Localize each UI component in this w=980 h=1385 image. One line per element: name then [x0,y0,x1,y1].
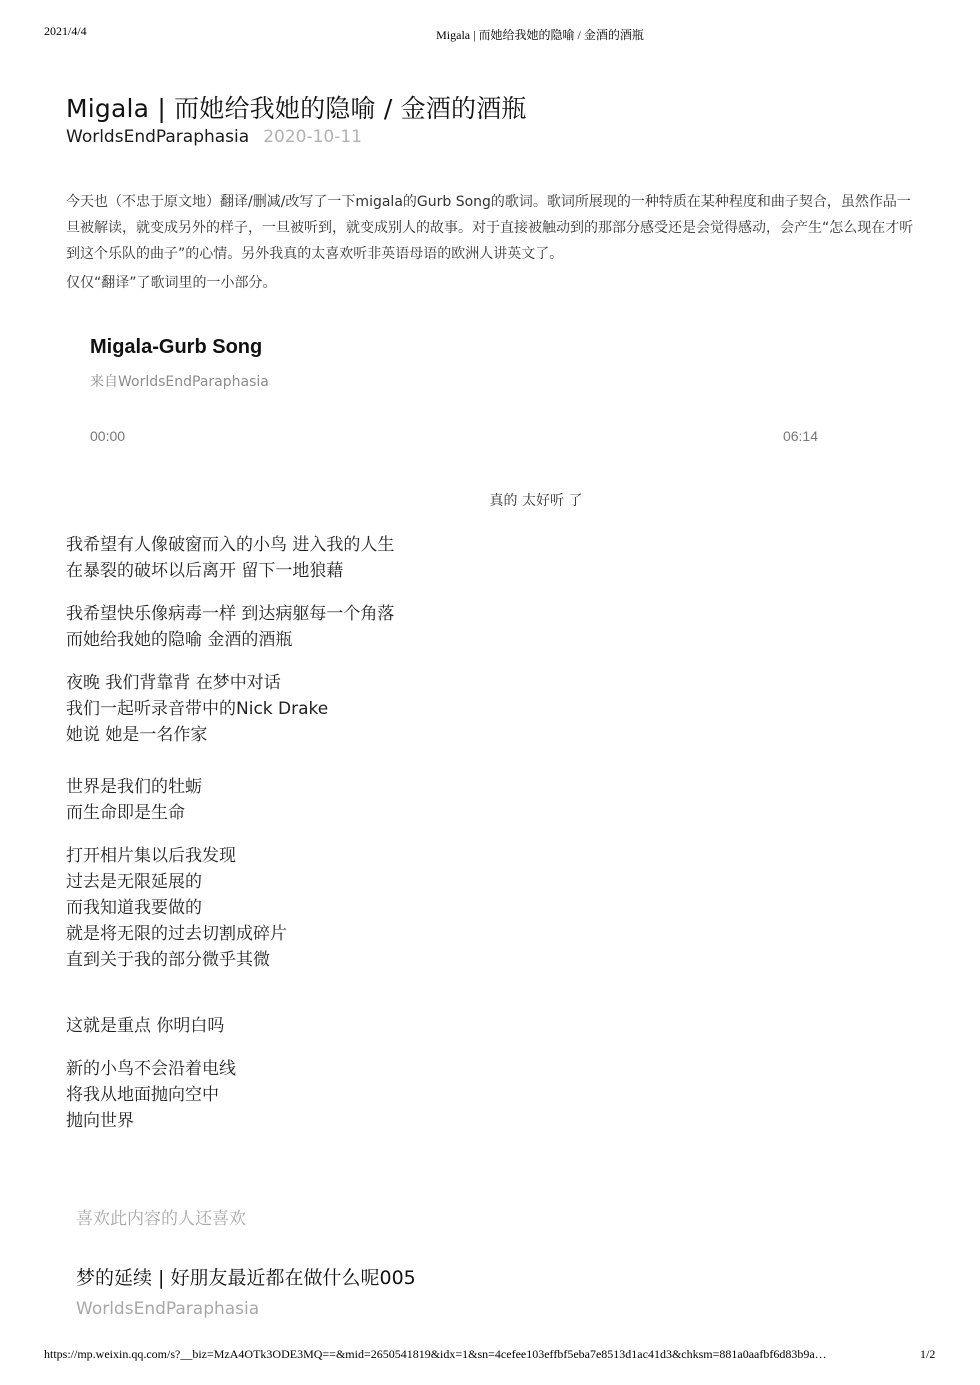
publish-date: 2020-10-11 [263,127,362,147]
lyric-line: 我希望快乐像病毒一样 到达病躯每一个角落 [66,601,394,627]
lyric-line: 在暴裂的破坏以后离开 留下一地狼藉 [66,558,394,584]
related-article-title[interactable]: 梦的延续 | 好朋友最近都在做什么呢005 [76,1263,416,1290]
lyric-line: 而她给我她的隐喻 金酒的酒瓶 [66,627,394,653]
lyric-line: 她说 她是一名作家 [66,722,328,748]
audio-current-time: 00:00 [90,428,125,444]
article-title: Migala | 而她给我她的隐喻 / 金酒的酒瓶 [66,89,527,125]
print-header: 2021/4/4 Migala | 而她给我她的隐喻 / 金酒的酒瓶 [0,24,980,44]
lyric-line: 抛向世界 [66,1108,236,1134]
lyric-line: 我希望有人像破窗而入的小鸟 进入我的人生 [66,532,394,558]
related-header: 喜欢此内容的人还喜欢 [76,1204,246,1229]
lyric-line: 过去是无限延展的 [66,869,287,895]
audio-total-time: 06:14 [783,428,818,444]
print-doc-title: Migala | 而她给我她的隐喻 / 金酒的酒瓶 [0,26,980,43]
lyric-line: 而我知道我要做的 [66,895,287,921]
lyrics-stanza: 这就是重点 你明白吗 [66,1013,224,1039]
lyrics-stanza: 我希望快乐像病毒一样 到达病躯每一个角落 而她给我她的隐喻 金酒的酒瓶 [66,601,394,653]
print-footer: https://mp.weixin.qq.com/s?__biz=MzA4OTk… [0,1347,980,1367]
audio-source: 来自WorldsEndParaphasia [90,371,269,391]
page-number: 1/2 [920,1347,935,1362]
lyric-line: 而生命即是生命 [66,800,202,826]
lyric-line: 夜晚 我们背靠背 在梦中对话 [66,670,328,696]
lyric-line: 新的小鸟不会沿着电线 [66,1056,236,1082]
lyrics-stanza: 我希望有人像破窗而入的小鸟 进入我的人生 在暴裂的破坏以后离开 留下一地狼藉 [66,532,394,584]
lyrics-stanza: 新的小鸟不会沿着电线 将我从地面抛向空中 抛向世界 [66,1056,236,1134]
lyric-line: 世界是我们的牡蛎 [66,774,202,800]
lyric-line: 打开相片集以后我发现 [66,843,287,869]
audio-progress-bar[interactable]: 00:00 06:14 [90,424,818,446]
lyric-line: 我们一起听录音带中的Nick Drake [66,696,328,722]
author-link[interactable]: WorldsEndParaphasia [66,127,249,147]
lyric-line: 就是将无限的过去切割成碎片 [66,921,287,947]
audio-caption: 真的 太好听 了 [66,490,980,510]
audio-title: Migala-Gurb Song [90,336,262,359]
print-url: https://mp.weixin.qq.com/s?__biz=MzA4OTk… [44,1347,910,1362]
lyrics-stanza: 打开相片集以后我发现 过去是无限延展的 而我知道我要做的 就是将无限的过去切割成… [66,843,287,973]
related-article-author: WorldsEndParaphasia [76,1299,259,1319]
intro-paragraph: 今天也（不忠于原文地）翻译/删减/改写了一下migala的Gurb Song的歌… [66,189,918,267]
lyric-line: 直到关于我的部分微乎其微 [66,947,287,973]
article-meta: WorldsEndParaphasia2020-10-11 [66,127,362,147]
audio-player[interactable]: Migala-Gurb Song 来自WorldsEndParaphasia 0… [90,330,818,470]
lyric-line: 这就是重点 你明白吗 [66,1013,224,1039]
intro-note: 仅仅“翻译”了歌词里的一小部分。 [66,270,277,296]
lyric-line: 将我从地面抛向空中 [66,1082,236,1108]
lyrics-stanza: 世界是我们的牡蛎 而生命即是生命 [66,774,202,826]
lyrics-stanza: 夜晚 我们背靠背 在梦中对话 我们一起听录音带中的Nick Drake 她说 她… [66,670,328,748]
